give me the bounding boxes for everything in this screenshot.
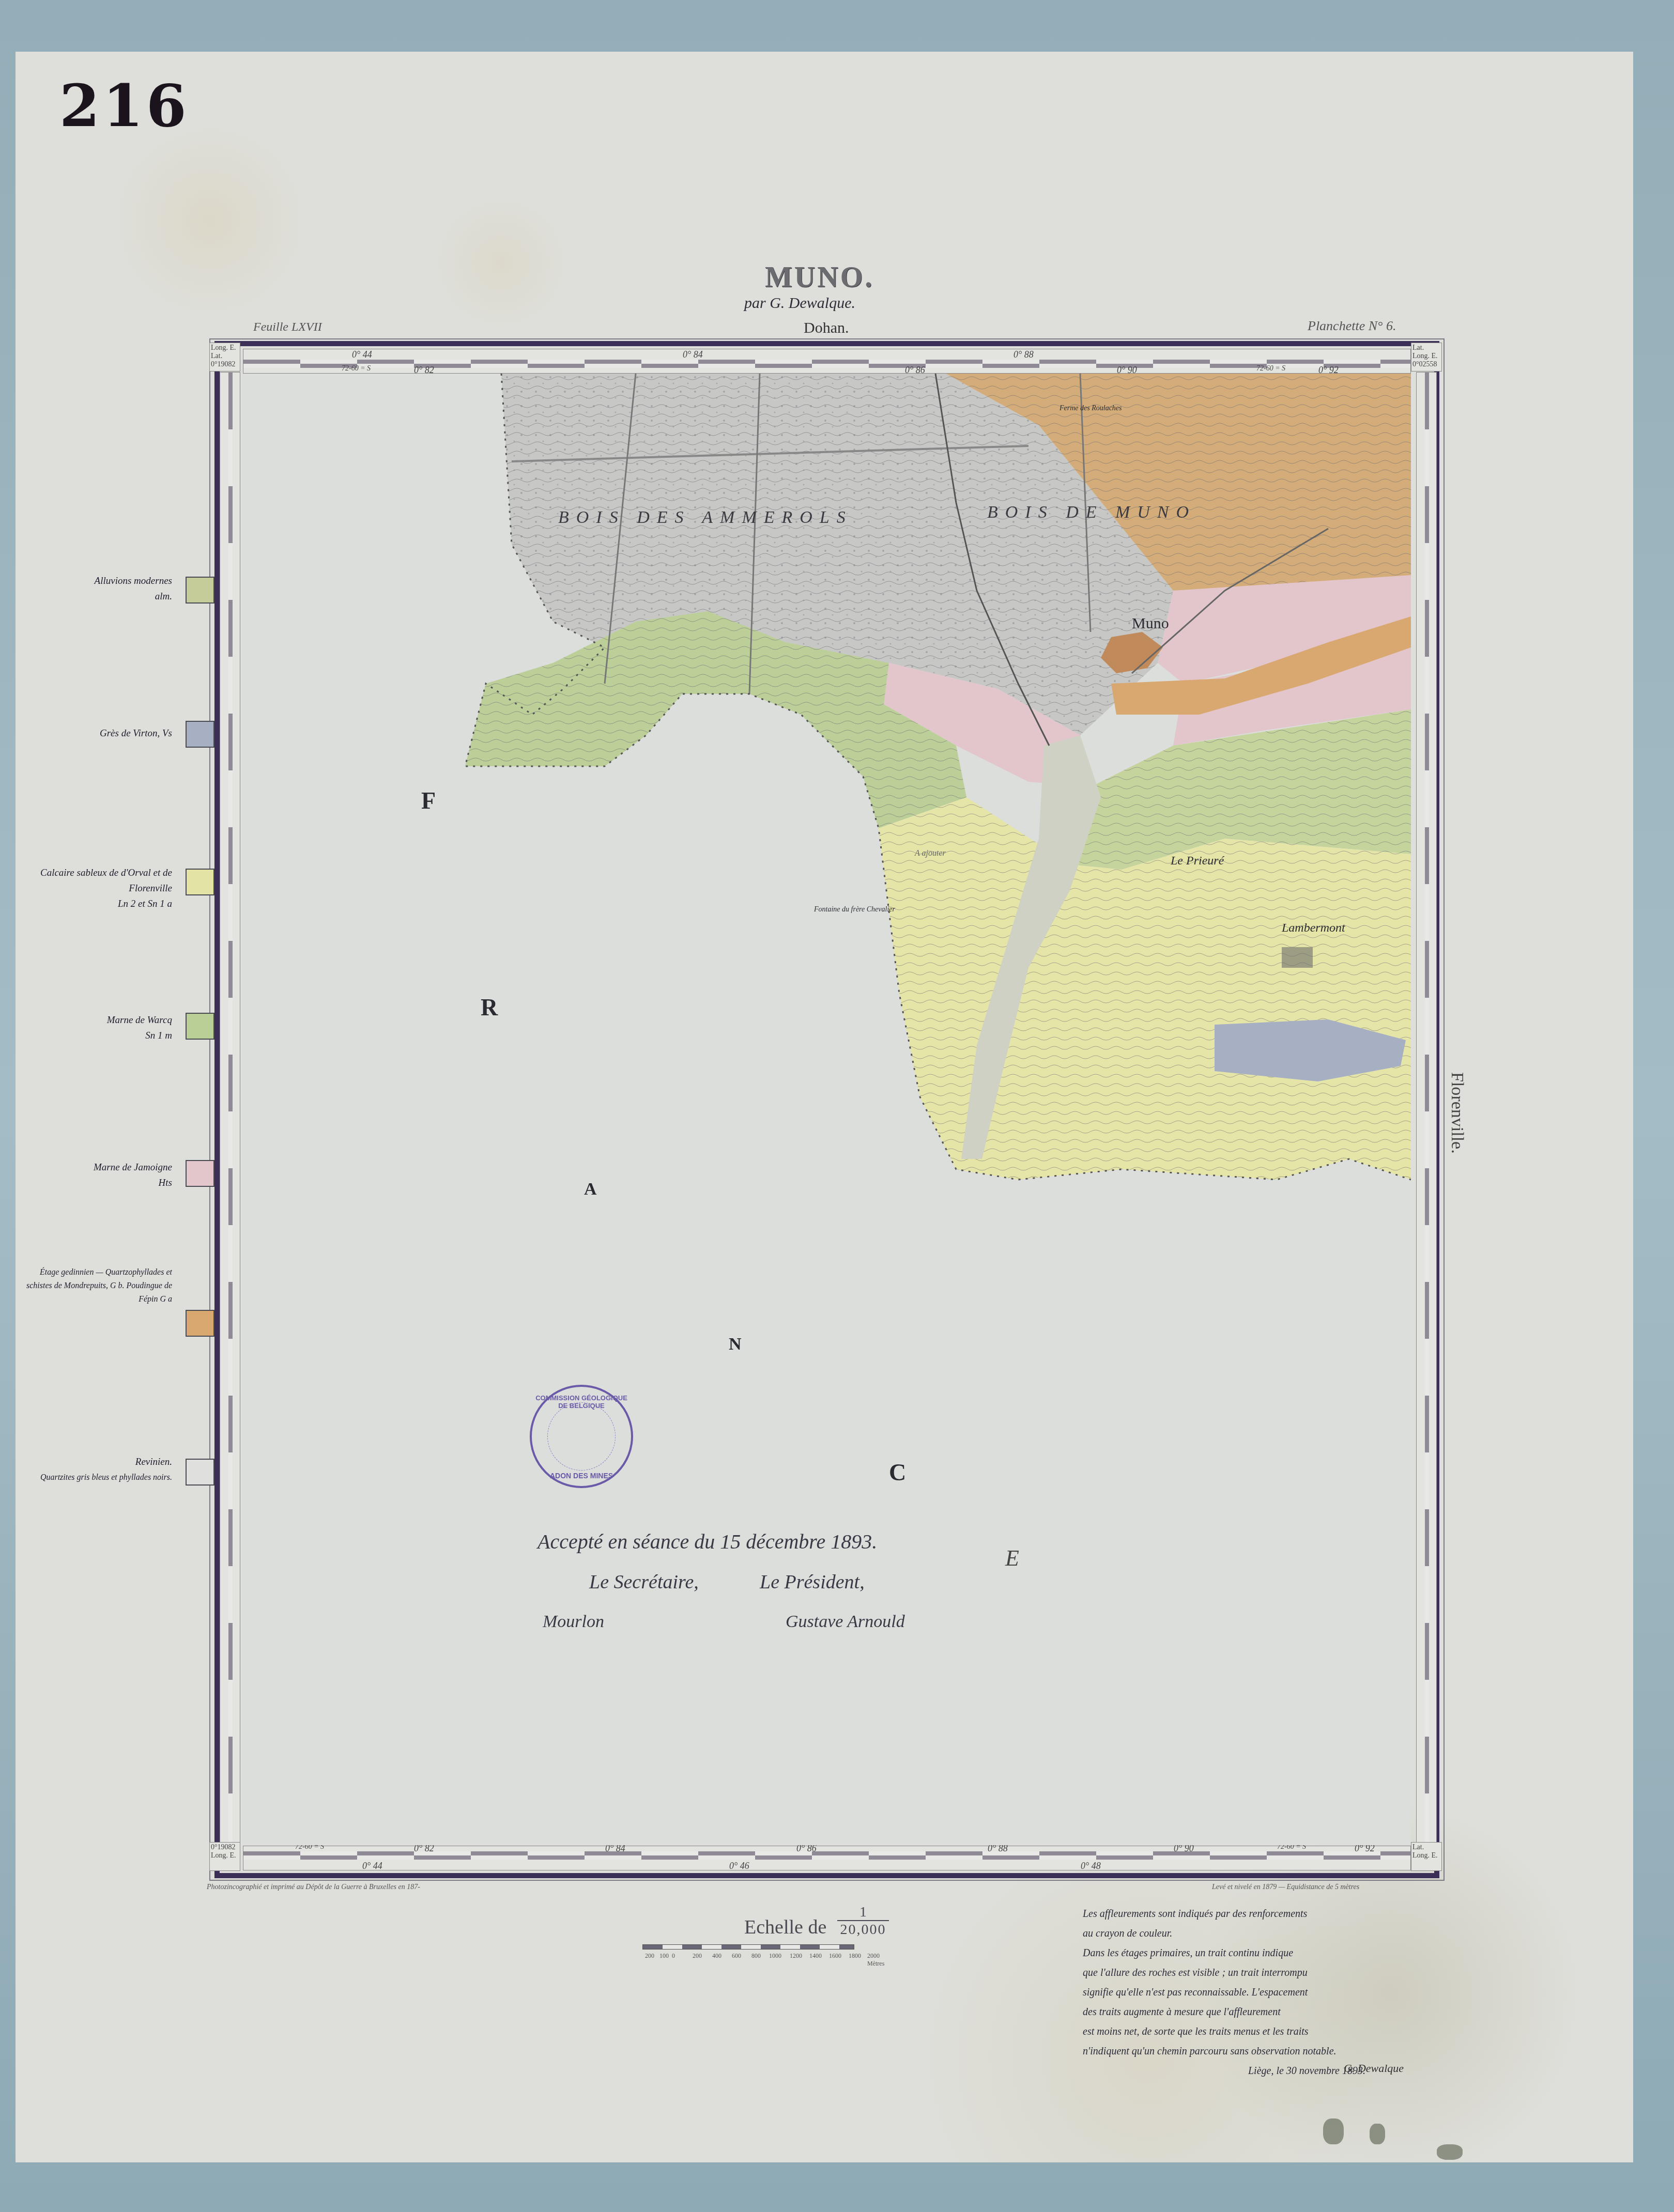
scale-denominator: 20,000 [837, 1921, 889, 1939]
legend-label: Étage gedinnien — Quartzophyllades et sc… [17, 1266, 172, 1306]
stain [1370, 2124, 1385, 2144]
corner-label: 0°02558 [1412, 361, 1440, 369]
tick-label: 0° 44 [362, 1861, 382, 1871]
planchette-label: Planchette N° 6. [1308, 318, 1396, 334]
legend-swatch-revinien [186, 1459, 214, 1486]
scale-tick: 200 [645, 1952, 654, 1960]
annotation-a-ajouter: A ajouter [915, 849, 946, 858]
graduation-bar [228, 373, 233, 1844]
legend-label: Alluvions modernesalm. [17, 574, 172, 605]
place-label-ferme: Ferme des Roulaches [1059, 405, 1122, 413]
country-letter: F [421, 787, 436, 814]
president-label: Le Président, [760, 1571, 865, 1594]
lambermont-village [1282, 947, 1313, 968]
stain [1437, 2144, 1463, 2160]
scale-tick: 400 [712, 1952, 721, 1960]
imprint-right: Levé et nivelé en 1879 — Equidistance de… [1212, 1883, 1359, 1892]
wood-label: BOIS DES AMMEROLS [558, 508, 853, 528]
legend-swatch-gres-virton [186, 721, 214, 748]
legend-item: Calcaire sableux de d'Orval et de Floren… [31, 865, 214, 927]
scale-label: Echelle de [744, 1916, 826, 1939]
stain [1323, 2118, 1344, 2144]
place-label-fontaine: Fontaine du frère Chevalier [814, 906, 895, 914]
scale-tick: 0 [672, 1952, 675, 1960]
scale-tick: 1400 [809, 1952, 822, 1960]
corner-box-bottom-right: Lat. Long. E. [1411, 1842, 1442, 1871]
imprint-left: Photozincographié et imprimé au Dépôt de… [207, 1883, 420, 1892]
corner-label: Lat. [1412, 344, 1440, 352]
legend-label: Grès de Virton, Vs [17, 726, 172, 741]
scale-tick: 600 [732, 1952, 741, 1960]
scale-tick: 1000 [769, 1952, 781, 1960]
legend-label: Marne de WarcqSn 1 m [17, 1013, 172, 1044]
tick-label: 0° 84 [683, 349, 703, 360]
legend-item: Alluvions modernesalm. [31, 574, 214, 630]
legend-swatch-marne-warcq [186, 1013, 214, 1040]
country-letter: C [889, 1459, 906, 1486]
legend-swatch-alluvions [186, 577, 214, 604]
tick-label: 72-60 = S [342, 365, 371, 373]
corner-box-bottom-left: 0°19082 Long. E. [209, 1842, 240, 1871]
corner-label: Long. E. [211, 1852, 239, 1860]
graduation-bar [1425, 373, 1429, 1844]
legend-swatch-calcaire [186, 869, 214, 895]
note-line: que l'allure des roches est visible ; un… [1083, 1963, 1429, 1983]
legend-label: Revinien.Quartzites gris bleus et phylla… [17, 1455, 172, 1486]
secretary-label: Le Secrétaire, [589, 1571, 699, 1594]
legend-label: Marne de JamoigneHts [17, 1160, 172, 1191]
country-letter: N [729, 1335, 742, 1354]
corner-label: 0°19082 [211, 1844, 239, 1852]
legend-label: Calcaire sableux de d'Orval et de Floren… [17, 865, 172, 912]
corner-box-top-right: Lat. Long. E. 0°02558 [1411, 343, 1442, 372]
stamp-text: ADON DES MINES [532, 1472, 631, 1480]
scale-tick: 1200 [790, 1952, 802, 1960]
president-signature: Gustave Arnould [786, 1612, 905, 1632]
note-line: des traits augmente à mesure que l'affle… [1083, 2002, 1429, 2022]
corner-label: Lat. [211, 352, 239, 361]
tick-label: 72-60 = S [1256, 365, 1285, 373]
note-line: au crayon de couleur. [1083, 1924, 1429, 1943]
place-label-lambermont: Lambermont [1282, 921, 1345, 935]
corner-label: Long. E. [211, 344, 239, 352]
tick-label: 0° 44 [352, 349, 372, 360]
corner-box-top-left: Long. E. Lat. 0°19082 [209, 343, 240, 372]
scale-tick: 1800 [849, 1952, 861, 1960]
note-line: Dans les étages primaires, un trait cont… [1083, 1943, 1429, 1963]
handwritten-notes: Les affleurements sont indiqués par des … [1083, 1904, 1429, 2081]
note-line: Les affleurements sont indiqués par des … [1083, 1904, 1429, 1924]
legend-item: Marne de JamoigneHts [31, 1160, 214, 1206]
legend-item: Étage gedinnien — Quartzophyllades et sc… [31, 1266, 214, 1343]
secretary-signature: Mourlon [543, 1612, 604, 1632]
place-label-muno: Muno [1132, 615, 1169, 632]
graduation-bar [243, 1855, 1410, 1860]
corner-label: Long. E. [1412, 1852, 1440, 1860]
tick-label: 0° 48 [1081, 1861, 1101, 1871]
east-neighbor-label: Florenville. [1447, 1072, 1467, 1154]
legend-swatch-gedinnien [186, 1310, 214, 1337]
country-letter: R [481, 994, 498, 1021]
north-neighbor-label: Dohan. [804, 319, 849, 337]
notes-signature: G. Dewalque [1344, 2062, 1404, 2075]
place-label-prieure: Le Prieuré [1171, 854, 1224, 868]
scale-tick: 100 [659, 1952, 669, 1960]
note-line: signifie qu'elle n'est pas reconnaissabl… [1083, 1983, 1429, 2002]
stamp-text: COMMISSION GÉOLOGIQUE DE BELGIQUE [532, 1394, 631, 1410]
legend-item: Grès de Virton, Vs [31, 721, 214, 757]
scale-tick: 200 [693, 1952, 702, 1960]
tick-label: 0° 88 [1013, 349, 1034, 360]
graticule-bottom: 72-60 = S 0° 82 0° 44 0° 84 0° 46 0° 86 … [243, 1846, 1411, 1870]
map-title: MUNO. [765, 261, 874, 294]
graticule-left [220, 372, 240, 1845]
note-line: est moins net, de sorte que les traits m… [1083, 2022, 1429, 2041]
graduation-bar [243, 360, 1410, 364]
stamp-emblem [547, 1402, 616, 1471]
scale-tick: 2000 Mètres [867, 1952, 894, 1968]
approval-text: Accepté en séance du 15 décembre 1893. [537, 1529, 877, 1554]
sheet-number: 216 [59, 72, 190, 140]
scale-bar [642, 1944, 854, 1950]
approval-mark: E [1005, 1545, 1019, 1571]
scale-fraction: 1 20,000 [837, 1905, 889, 1939]
legend-item: Revinien.Quartzites gris bleus et phylla… [31, 1455, 214, 1511]
wood-label: BOIS DE MUNO [987, 503, 1196, 522]
legend-swatch-marne-jamoigne [186, 1160, 214, 1187]
tick-label: 0° 46 [729, 1861, 749, 1871]
graticule-top: 0° 44 72-60 = S 0° 82 0° 84 0° 86 0° 88 … [243, 349, 1411, 374]
scale-numerator: 1 [837, 1905, 889, 1921]
corner-label: Lat. [1412, 1844, 1440, 1852]
corner-label: 0°19082 [211, 361, 239, 369]
note-line: n'indiquent qu'un chemin parcouru sans o… [1083, 2041, 1429, 2061]
scale-tick: 800 [751, 1952, 761, 1960]
commission-stamp: COMMISSION GÉOLOGIQUE DE BELGIQUE ADON D… [530, 1385, 633, 1488]
scale-tick: 1600 [829, 1952, 841, 1960]
feuille-label: Feuille LXVII [253, 320, 322, 334]
graticule-right [1416, 372, 1437, 1845]
country-letter: A [584, 1180, 597, 1199]
legend-item: Marne de WarcqSn 1 m [31, 1013, 214, 1059]
corner-label: Long. E. [1412, 352, 1440, 361]
map-author: par G. Dewalque. [744, 295, 855, 312]
